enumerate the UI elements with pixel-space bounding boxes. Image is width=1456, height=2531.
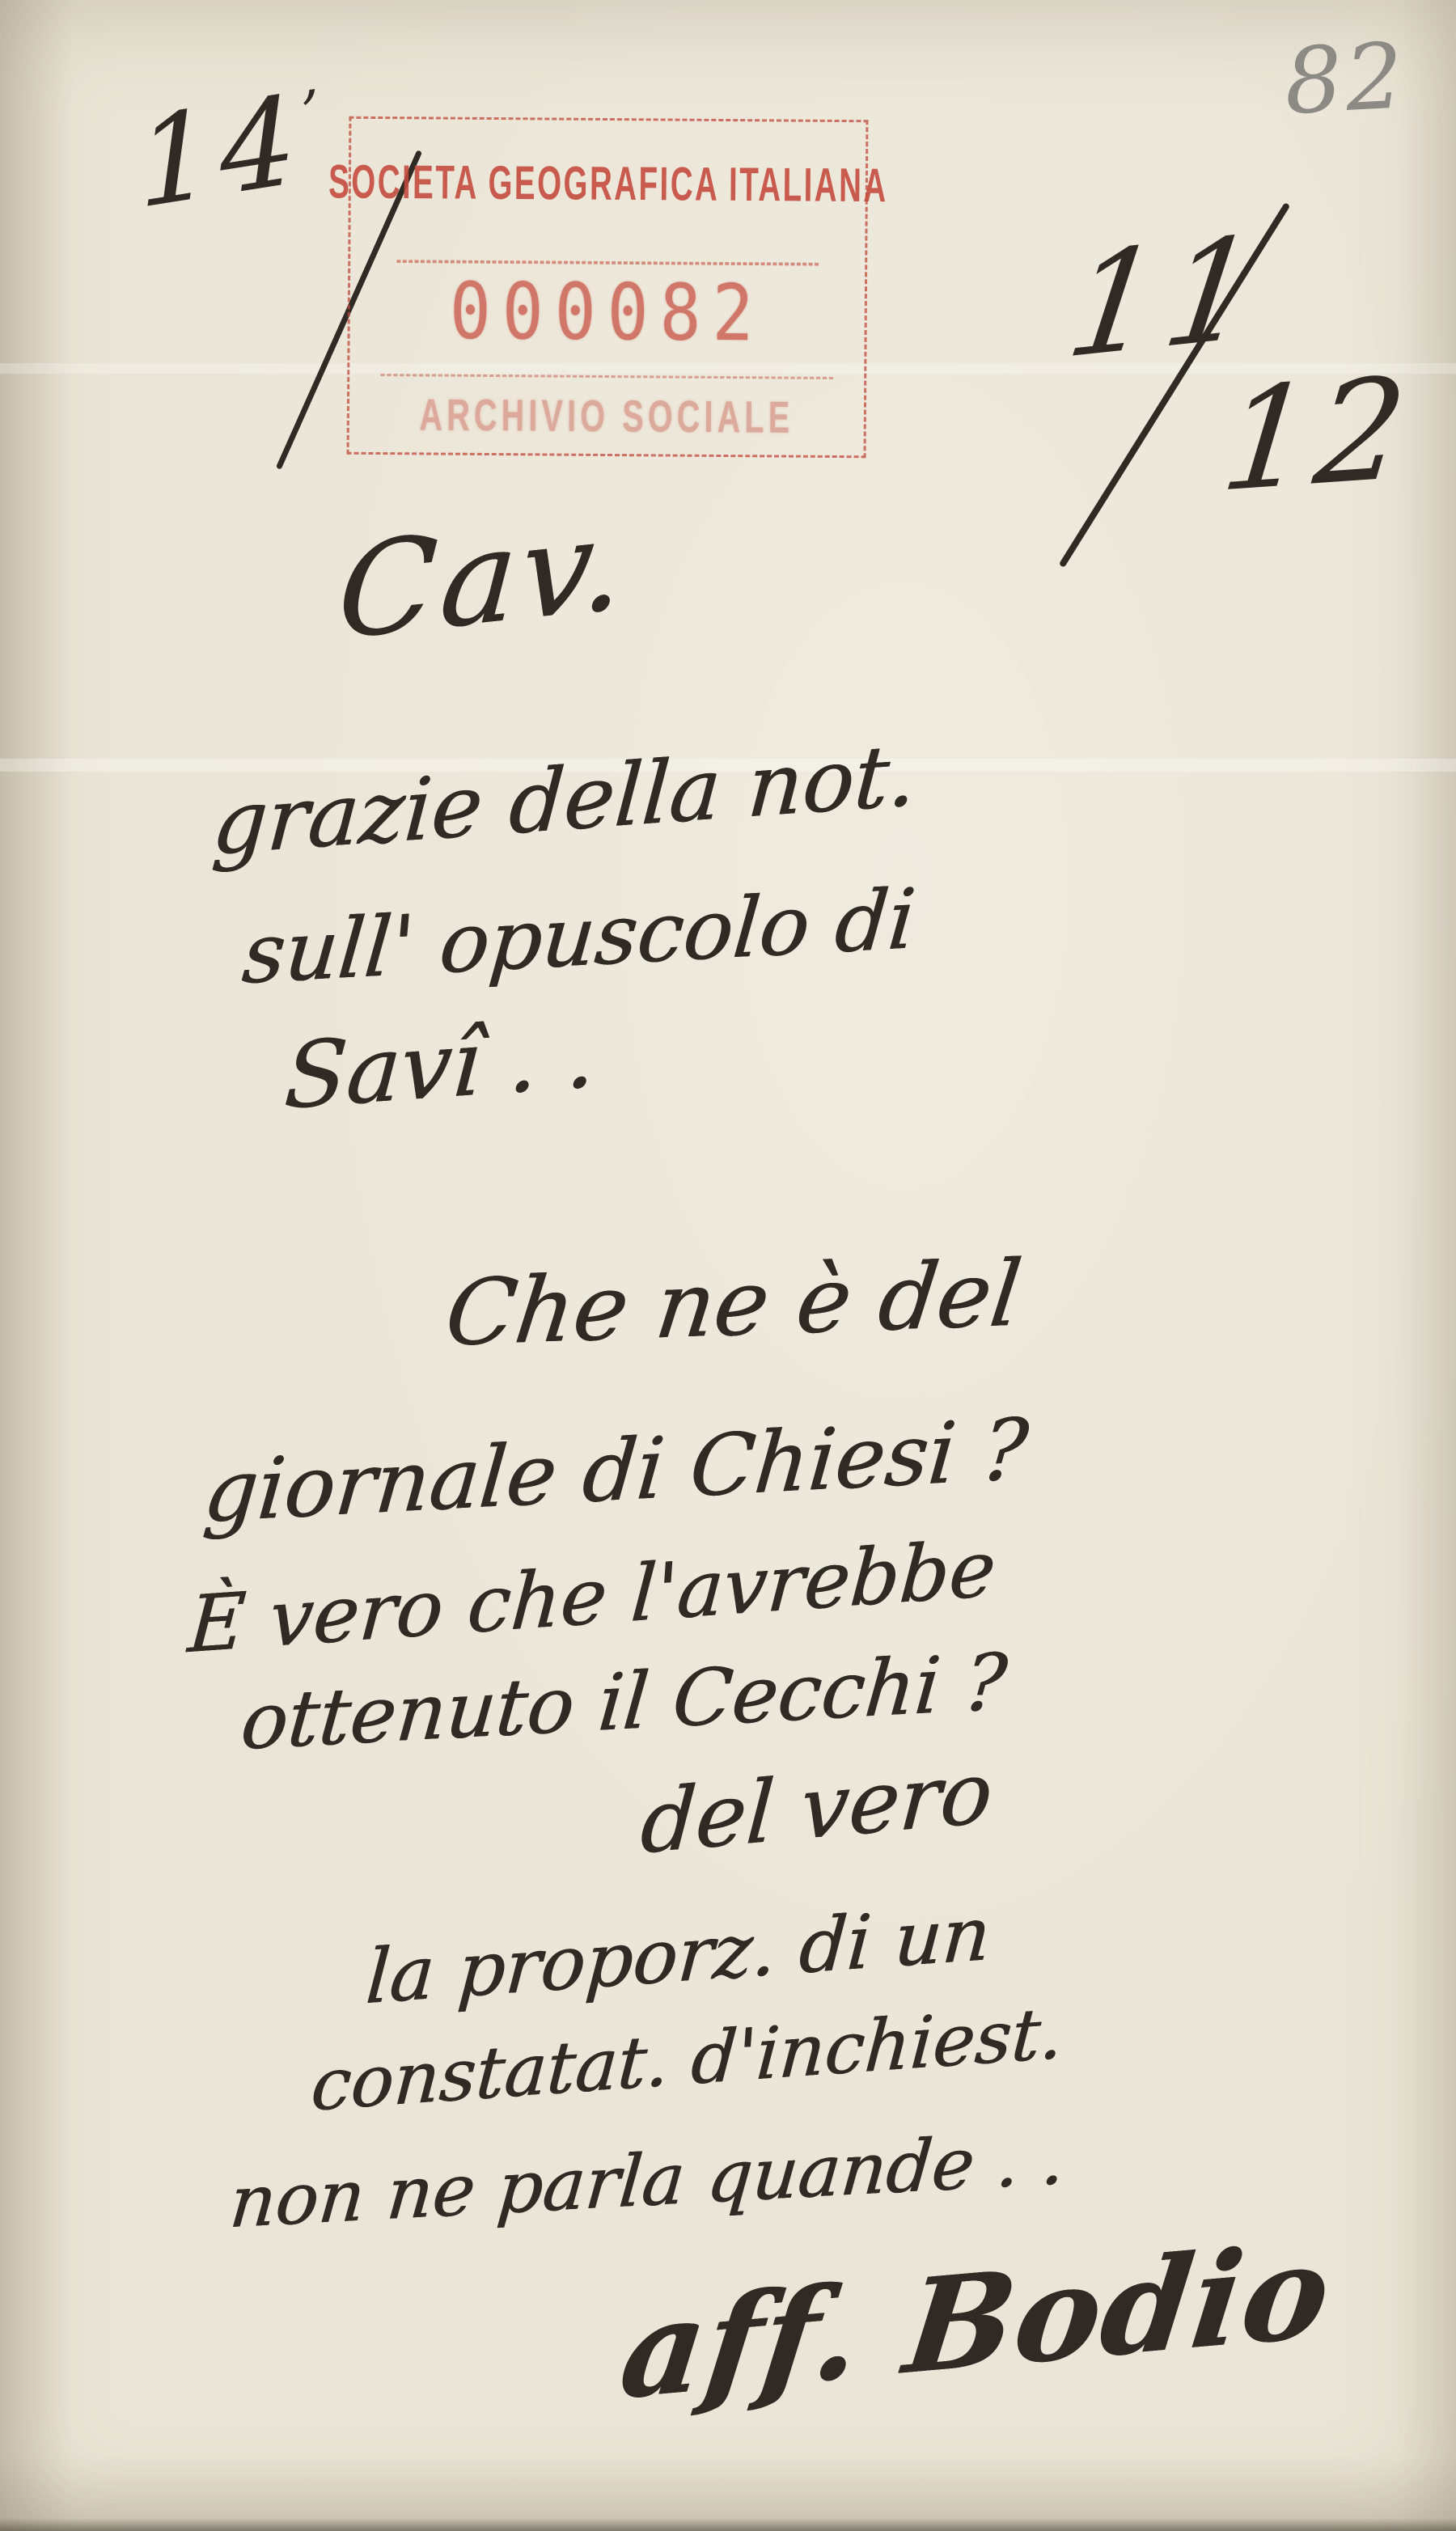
handwriting-line-11: non ne parla quande . . [227,2123,1068,2239]
stamp-org-name: SOCIETA GEOGRAFICA ITALIANA [396,103,819,265]
date-month: 12 [1216,358,1417,512]
stamp-serial-number: 000082 [380,247,834,379]
pencil-folio-number: 82 [1282,31,1408,128]
letter-scan-page: 82 14’ SOCIETA GEOGRAFICA ITALIANA 00008… [0,0,1456,2531]
signature: aff. Bodio [615,2227,1338,2419]
registry-note-number: 14 [133,69,306,236]
handwriting-line-8: del vero [638,1750,995,1867]
stamp-section-label: ARCHIVIO SOCIALE [385,369,828,463]
handwriting-line-2: sull' opuscolo di [239,878,918,997]
handwriting-line-3: Savî . . [282,1009,599,1123]
registry-note-mark: ’ [299,77,321,148]
handwriting-line-1: grazie della not. [210,732,919,868]
scan-bottom-edge [0,2518,1456,2531]
handwriting-line-4: Che ne è del [441,1248,1026,1359]
salutation: Cav. [334,498,633,658]
handwriting-line-5: giornale di Chiesi ? [201,1407,1031,1534]
registry-note: 14’ [133,76,324,227]
archive-stamp: SOCIETA GEOGRAFICA ITALIANA 000082 ARCHI… [347,116,869,458]
handwriting-line-7: ottenuto il Cecchi ? [238,1643,1009,1761]
handwriting-line-9: la proporz. di un [364,1897,993,2016]
date-day: 11 [1060,217,1272,379]
